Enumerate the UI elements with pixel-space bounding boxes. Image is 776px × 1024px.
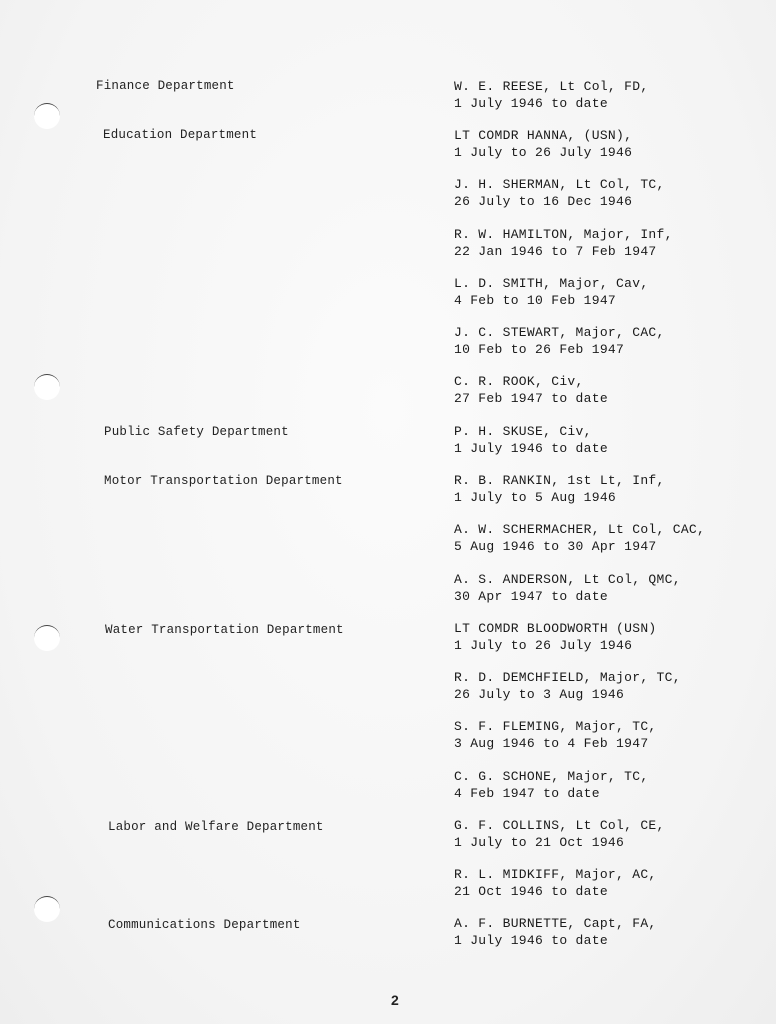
personnel-dates: 1 July 1946 to date xyxy=(454,95,648,112)
personnel-entry: R. W. HAMILTON, Major, Inf, 22 Jan 1946 … xyxy=(454,226,673,260)
punch-hole-icon xyxy=(34,896,60,922)
personnel-name: A. F. BURNETTE, Capt, FA, xyxy=(454,915,657,932)
personnel-entry: G. F. COLLINS, Lt Col, CE, 1 July to 21 … xyxy=(454,817,665,851)
personnel-dates: 1 July to 26 July 1946 xyxy=(454,637,657,654)
personnel-dates: 30 Apr 1947 to date xyxy=(454,588,681,605)
personnel-name: LT COMDR HANNA, (USN), xyxy=(454,127,632,144)
personnel-dates: 1 July 1946 to date xyxy=(454,932,657,949)
personnel-name: R. W. HAMILTON, Major, Inf, xyxy=(454,226,673,243)
personnel-name: J. H. SHERMAN, Lt Col, TC, xyxy=(454,176,665,193)
personnel-name: G. F. COLLINS, Lt Col, CE, xyxy=(454,817,665,834)
personnel-name: C. R. ROOK, Civ, xyxy=(454,373,608,390)
personnel-entry: A. W. SCHERMACHER, Lt Col, CAC, 5 Aug 19… xyxy=(454,521,705,555)
personnel-entry: LT COMDR HANNA, (USN), 1 July to 26 July… xyxy=(454,127,632,161)
personnel-entry: R. B. RANKIN, 1st Lt, Inf, 1 July to 5 A… xyxy=(454,472,665,506)
punch-hole-icon xyxy=(34,374,60,400)
punch-hole-icon xyxy=(34,103,60,129)
personnel-entry: A. F. BURNETTE, Capt, FA, 1 July 1946 to… xyxy=(454,915,657,949)
personnel-entry: R. L. MIDKIFF, Major, AC, 21 Oct 1946 to… xyxy=(454,866,657,900)
personnel-entry: J. C. STEWART, Major, CAC, 10 Feb to 26 … xyxy=(454,324,665,358)
personnel-dates: 1 July to 26 July 1946 xyxy=(454,144,632,161)
personnel-dates: 4 Feb to 10 Feb 1947 xyxy=(454,292,648,309)
personnel-entry: C. R. ROOK, Civ, 27 Feb 1947 to date xyxy=(454,373,608,407)
personnel-name: W. E. REESE, Lt Col, FD, xyxy=(454,78,648,95)
document-page: Finance Department Education Department … xyxy=(0,0,776,1024)
personnel-dates: 10 Feb to 26 Feb 1947 xyxy=(454,341,665,358)
personnel-dates: 3 Aug 1946 to 4 Feb 1947 xyxy=(454,735,657,752)
personnel-entry: R. D. DEMCHFIELD, Major, TC, 26 July to … xyxy=(454,669,681,703)
personnel-dates: 1 July to 21 Oct 1946 xyxy=(454,834,665,851)
personnel-name: P. H. SKUSE, Civ, xyxy=(454,423,608,440)
personnel-dates: 21 Oct 1946 to date xyxy=(454,883,657,900)
personnel-dates: 1 July to 5 Aug 1946 xyxy=(454,489,665,506)
personnel-entry: S. F. FLEMING, Major, TC, 3 Aug 1946 to … xyxy=(454,718,657,752)
personnel-entry: LT COMDR BLOODWORTH (USN) 1 July to 26 J… xyxy=(454,620,657,654)
personnel-dates: 1 July 1946 to date xyxy=(454,440,608,457)
personnel-name: J. C. STEWART, Major, CAC, xyxy=(454,324,665,341)
personnel-entry: J. H. SHERMAN, Lt Col, TC, 26 July to 16… xyxy=(454,176,665,210)
personnel-name: A. W. SCHERMACHER, Lt Col, CAC, xyxy=(454,521,705,538)
personnel-entry: C. G. SCHONE, Major, TC, 4 Feb 1947 to d… xyxy=(454,768,648,802)
personnel-dates: 22 Jan 1946 to 7 Feb 1947 xyxy=(454,243,673,260)
personnel-name: R. L. MIDKIFF, Major, AC, xyxy=(454,866,657,883)
page-number: 2 xyxy=(391,992,399,1008)
personnel-dates: 26 July to 3 Aug 1946 xyxy=(454,686,681,703)
personnel-entry: L. D. SMITH, Major, Cav, 4 Feb to 10 Feb… xyxy=(454,275,648,309)
personnel-name: C. G. SCHONE, Major, TC, xyxy=(454,768,648,785)
personnel-dates: 5 Aug 1946 to 30 Apr 1947 xyxy=(454,538,705,555)
personnel-name: S. F. FLEMING, Major, TC, xyxy=(454,718,657,735)
personnel-name: R. D. DEMCHFIELD, Major, TC, xyxy=(454,669,681,686)
department-education: Education Department xyxy=(103,128,257,142)
personnel-name: R. B. RANKIN, 1st Lt, Inf, xyxy=(454,472,665,489)
personnel-name: L. D. SMITH, Major, Cav, xyxy=(454,275,648,292)
department-public-safety: Public Safety Department xyxy=(104,425,289,439)
department-water-transportation: Water Transportation Department xyxy=(105,623,344,637)
department-communications: Communications Department xyxy=(108,918,301,932)
personnel-name: LT COMDR BLOODWORTH (USN) xyxy=(454,620,657,637)
punch-hole-icon xyxy=(34,625,60,651)
personnel-dates: 27 Feb 1947 to date xyxy=(454,390,608,407)
department-motor-transportation: Motor Transportation Department xyxy=(104,474,343,488)
personnel-entry: P. H. SKUSE, Civ, 1 July 1946 to date xyxy=(454,423,608,457)
personnel-dates: 4 Feb 1947 to date xyxy=(454,785,648,802)
personnel-dates: 26 July to 16 Dec 1946 xyxy=(454,193,665,210)
department-labor-welfare: Labor and Welfare Department xyxy=(108,820,324,834)
personnel-entry: W. E. REESE, Lt Col, FD, 1 July 1946 to … xyxy=(454,78,648,112)
personnel-entry: A. S. ANDERSON, Lt Col, QMC, 30 Apr 1947… xyxy=(454,571,681,605)
personnel-name: A. S. ANDERSON, Lt Col, QMC, xyxy=(454,571,681,588)
department-finance: Finance Department xyxy=(96,79,235,93)
